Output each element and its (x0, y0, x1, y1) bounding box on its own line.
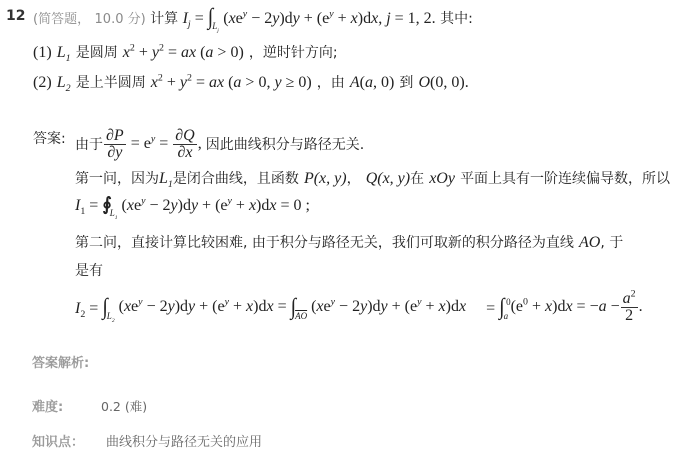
answer-line-3-expr: (xey − 2y)dy + (ey + x)dx = 0 ; (122, 197, 310, 214)
answer-line-2-a: 第一问，因为 (75, 171, 159, 187)
difficulty-value: 0.2 (难) (101, 397, 147, 415)
question-part-2: (2) L2 是上半圆周 x2 + y2 = ax (a > 0, y ≥ 0)… (33, 72, 469, 92)
part-1-text-b: ，逆时针方向; (249, 45, 338, 61)
integral-lhs: Ij = ∫Lj (183, 10, 219, 27)
answer-line-2-b: 是闭合曲线，且函数 (173, 171, 299, 187)
answer-line-2: 第一问，因为L1是闭合曲线，且函数 P(x, y)， Q(x, y)在 xOy … (75, 168, 670, 188)
part-2-label: (2) (33, 74, 52, 91)
knowledge-label: 知识点： (32, 431, 84, 450)
curve-L1: L1 (159, 170, 173, 187)
answer-line-2-e: 在 (410, 171, 424, 187)
function-P: P(x, y) (304, 170, 347, 187)
question-number: 12 (6, 8, 25, 24)
answer-line-1-prefix: 由于 (75, 134, 103, 154)
part-2-equation: x2 + y2 = ax (a > 0, y ≥ 0) (151, 74, 312, 91)
answer-line-1-mid: = ey = (127, 135, 173, 153)
answer-line-4-text: 第二问，直接计算比较困难, 由于积分与路径无关，我们可取新的积分路径为直线 (75, 235, 574, 251)
prompt-prefix: 计算 (150, 11, 178, 27)
function-Q: Q(x, y) (366, 170, 410, 187)
question-part-1: (1) L1 是圆周 x2 + y2 = ax (a > 0) ，逆时针方向; (33, 42, 338, 62)
answer-label: 答案: (33, 128, 66, 148)
prompt-suffix: 其中: (440, 11, 473, 27)
answer-line-3: I1 = ∮L1 (xey − 2y)dy + (ey + x)dx = 0 ; (75, 194, 310, 215)
part-1-curve: L1 (57, 44, 71, 61)
answer-line-1-suffix: 因此曲线积分与路径无关. (206, 134, 364, 154)
answer-line-4-end: , 于 (600, 235, 623, 251)
question-type: (简答题， (33, 12, 90, 27)
answer-line-5: 是有 (75, 260, 103, 280)
answer-line-6-a: (xey − 2y)dy + (ey + x)dx = (115, 298, 291, 316)
fraction-dP-dy: ∂P∂y (104, 128, 126, 161)
part-2-text-b: ，由 (317, 75, 345, 91)
part-1-equation: x2 + y2 = ax (a > 0) (123, 44, 244, 61)
integral-expression: (xey − 2y)dy + (ey + x)dx, j = 1, 2. (223, 10, 435, 27)
knowledge-value: 曲线积分与路径无关的应用 (106, 431, 262, 450)
fraction-dQ-dx: ∂Q∂x (173, 128, 196, 161)
part-1-text-a: 是圆周 (76, 45, 118, 61)
answer-line-6-b: (xey − 2y)dy + (ey + x)dx (307, 298, 466, 316)
answer-line-6: I2 = ∫L2 (xey − 2y)dy + (ey + x)dx = ∫AO… (75, 287, 643, 327)
part-2-curve: L2 (57, 74, 71, 91)
answer-line-2-g: 平面上具有一阶连续偏导数，所以 (460, 171, 670, 187)
plane-xOy: xOy (429, 170, 455, 187)
part-2-text-a: 是上半圆周 (76, 75, 146, 91)
part-2-from: A(a, 0) (350, 74, 394, 91)
fraction-a2-over-2: a22 (621, 291, 638, 324)
answer-line-4: 第二问，直接计算比较困难, 由于积分与路径无关，我们可取新的积分路径为直线 AO… (75, 232, 623, 252)
line-AO: AO (579, 234, 600, 251)
part-1-label: (1) (33, 44, 52, 61)
answer-line-1: 由于 ∂P∂y = ey = ∂Q∂x , 因此曲线积分与路径无关. (75, 124, 364, 164)
part-2-to-word: 到 (399, 75, 413, 91)
analysis-label: 答案解析: (32, 352, 89, 371)
question-prompt: (简答题， 10.0 分) 计算 Ij = ∫Lj (xey − 2y)dy +… (33, 6, 473, 29)
part-2-to: O(0, 0). (418, 74, 468, 91)
answer-line-6-c: (e0 + x)dx = −a − (511, 298, 620, 316)
question-score: 10.0 分) (95, 12, 146, 27)
difficulty-label: 难度: (32, 396, 63, 415)
